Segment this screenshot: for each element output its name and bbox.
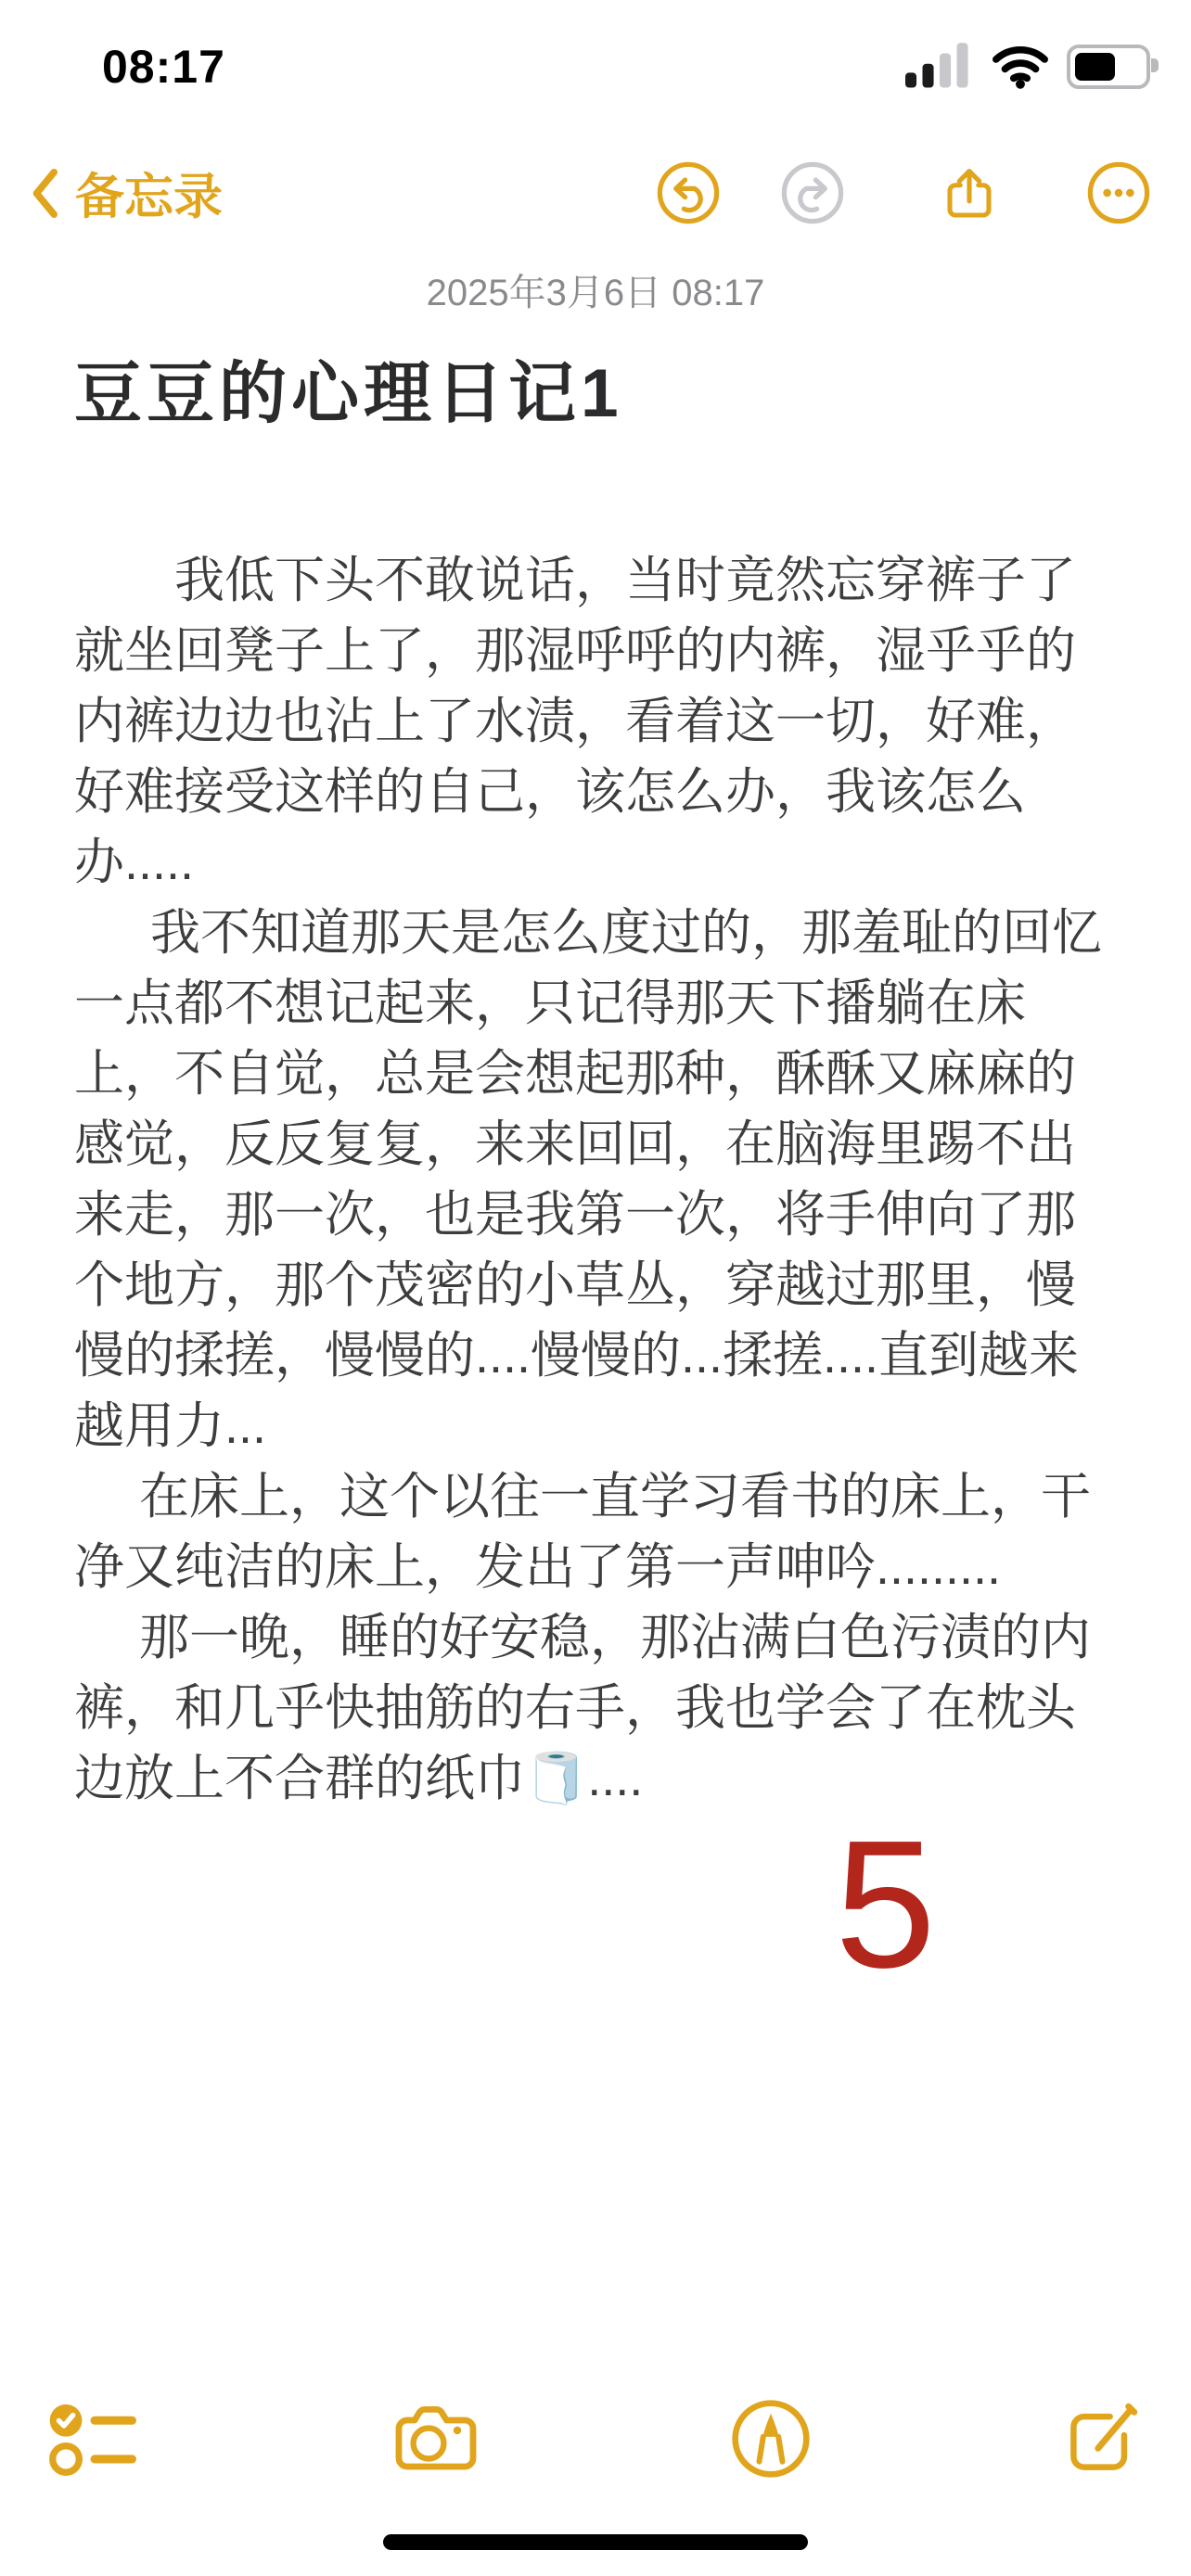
home-indicator[interactable] (383, 2534, 808, 2550)
nav-bar: 备忘录 (0, 139, 1191, 247)
status-bar: 08:17 (0, 37, 1191, 96)
redo-icon (781, 161, 844, 224)
checklist-button[interactable] (48, 2402, 141, 2477)
compose-button[interactable] (1061, 2398, 1143, 2480)
back-button[interactable]: 备忘录 (28, 158, 223, 228)
battery-nub (1151, 58, 1159, 72)
ellipsis-circle-icon (1087, 161, 1150, 224)
redo-button[interactable] (781, 161, 844, 224)
note-title[interactable]: 豆豆的心理日记1 (74, 338, 1117, 436)
wifi-icon (991, 45, 1050, 89)
undo-button[interactable] (657, 161, 720, 224)
camera-icon (391, 2404, 480, 2474)
status-time: 08:17 (102, 40, 225, 94)
cellular-signal-icon (905, 43, 974, 91)
battery-icon (1067, 45, 1150, 89)
back-button-label: 备忘录 (75, 158, 223, 228)
note-paragraph[interactable]: 那一晚，睡的好安稳，那沾满白色污渍的内裤，和几乎快抽筋的右手，我也学会了在枕头边… (74, 1602, 1117, 1814)
checklist-icon (48, 2402, 141, 2477)
undo-icon (657, 161, 720, 224)
camera-button[interactable] (391, 2404, 480, 2474)
share-icon (939, 162, 1000, 223)
note-body[interactable]: 我低下头不敢说话，当时竟然忘穿裤子了就坐回凳子上了，那湿呼呼的内裤，湿乎乎的内裤… (74, 545, 1117, 1996)
share-button[interactable] (939, 162, 1000, 223)
status-icons (905, 43, 1150, 91)
chevron-left-icon (28, 166, 60, 221)
bottom-toolbar (0, 2398, 1191, 2480)
markup-pen-icon (731, 2399, 811, 2479)
battery-level (1075, 53, 1115, 81)
note-date: 2025年3月6日 08:17 (0, 263, 1191, 316)
note-paragraph[interactable]: 我不知道那天是怎么度过的，那羞耻的回忆一点都不想记起来，只记得那天下播躺在床上，… (74, 898, 1117, 1461)
compose-icon (1061, 2398, 1143, 2480)
notes-app-screen: 08:17 (0, 0, 1191, 2576)
note-paragraph[interactable]: 在床上，这个以往一直学习看书的床上，干净又纯洁的床上，发出了第一声呻吟.....… (74, 1461, 1117, 1602)
note-paragraph[interactable]: 我低下头不敢说话，当时竟然忘穿裤子了就坐回凳子上了，那湿呼呼的内裤，湿乎乎的内裤… (74, 545, 1117, 898)
markup-button[interactable] (731, 2399, 811, 2479)
nav-actions (657, 161, 1150, 224)
page-number[interactable]: 5 (74, 1814, 1117, 1996)
more-button[interactable] (1087, 161, 1150, 224)
